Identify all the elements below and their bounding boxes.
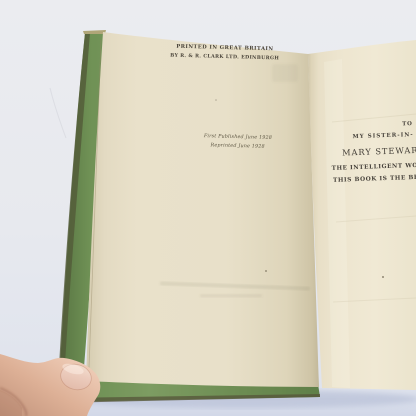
left-page (86, 32, 319, 387)
right-page (308, 40, 416, 390)
dedication-line-5: THIS BOOK IS THE BEST A (333, 174, 416, 184)
edition-notice: First Published June 1928 Reprinted June… (183, 133, 293, 153)
dust-speck (382, 276, 384, 278)
dedication-line-4: THE INTELLIGENT WOMAN T (332, 162, 416, 172)
dust-speck (265, 270, 267, 272)
dedication-text: TO MY SISTER-IN- MARY STEWART CH THE INT… (328, 112, 416, 210)
photo-of-open-book: PRINTED IN GREAT BRITAIN BY R. & R. CLAR… (0, 0, 416, 416)
dedication-line-1: TO (402, 121, 413, 127)
dust-speck (215, 99, 217, 101)
dedication-line-3: MARY STEWART CH (342, 144, 416, 158)
dedication-line-2: MY SISTER-IN- (353, 132, 414, 140)
showthrough-text-ghost (272, 64, 298, 82)
showthrough-text-ghost (200, 294, 262, 297)
